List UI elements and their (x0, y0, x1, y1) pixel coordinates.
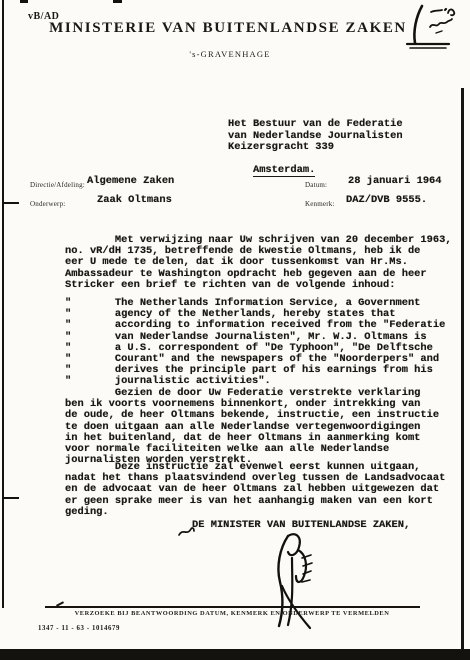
fold-mark (2, 202, 19, 204)
footer-notice: VERZOEKE BIJ BEANTWOORDING DATUM, KENMER… (75, 610, 390, 617)
scan-right-edge (461, 88, 464, 652)
recipient-address-lines: Het Bestuur van de Federatie van Nederla… (228, 119, 403, 153)
letterhead-city: 's-GRAVENHAGE (189, 49, 270, 59)
body-paragraph-2: Gezien de door Uw Federatie verstrekte v… (65, 388, 439, 466)
recipient-city: Amsterdam. (253, 164, 315, 177)
scan-bottom-edge (0, 649, 470, 660)
scan-top-tick (113, 0, 122, 3)
scan-top-tick (20, 0, 28, 3)
subject-value: Zaak Oltmans (97, 195, 172, 206)
reference-label: Kenmerk: (305, 200, 335, 208)
reference-value: DAZ/DVB 9555. (346, 195, 427, 206)
date-value: 28 januari 1964 (348, 176, 442, 187)
body-paragraph-1: Met verwijzing naar Uw schrijven van 20 … (65, 235, 452, 291)
body-paragraph-3: Deze instructie zal evenwel eerst kunnen… (65, 462, 445, 518)
date-label: Datum: (305, 181, 327, 189)
subject-label: Onderwerp: (30, 200, 65, 208)
handwritten-annotation (396, 3, 466, 51)
department-label: Directie/Afdeling: (30, 181, 85, 189)
ministry-title: MINISTERIE VAN BUITENLANDSE ZAKEN (49, 20, 407, 37)
fold-mark (2, 497, 19, 499)
print-code: 1347 - 11 - 63 - 1014679 (38, 625, 120, 632)
scan-left-edge (2, 0, 4, 608)
scanned-letter-page: vB/AD MINISTERIE VAN BUITENLANDSE ZAKEN … (0, 0, 470, 660)
footer-rule (45, 606, 420, 608)
department-value: Algemene Zaken (87, 176, 174, 187)
quoted-statement: " The Netherlands Information Service, a… (65, 298, 445, 388)
